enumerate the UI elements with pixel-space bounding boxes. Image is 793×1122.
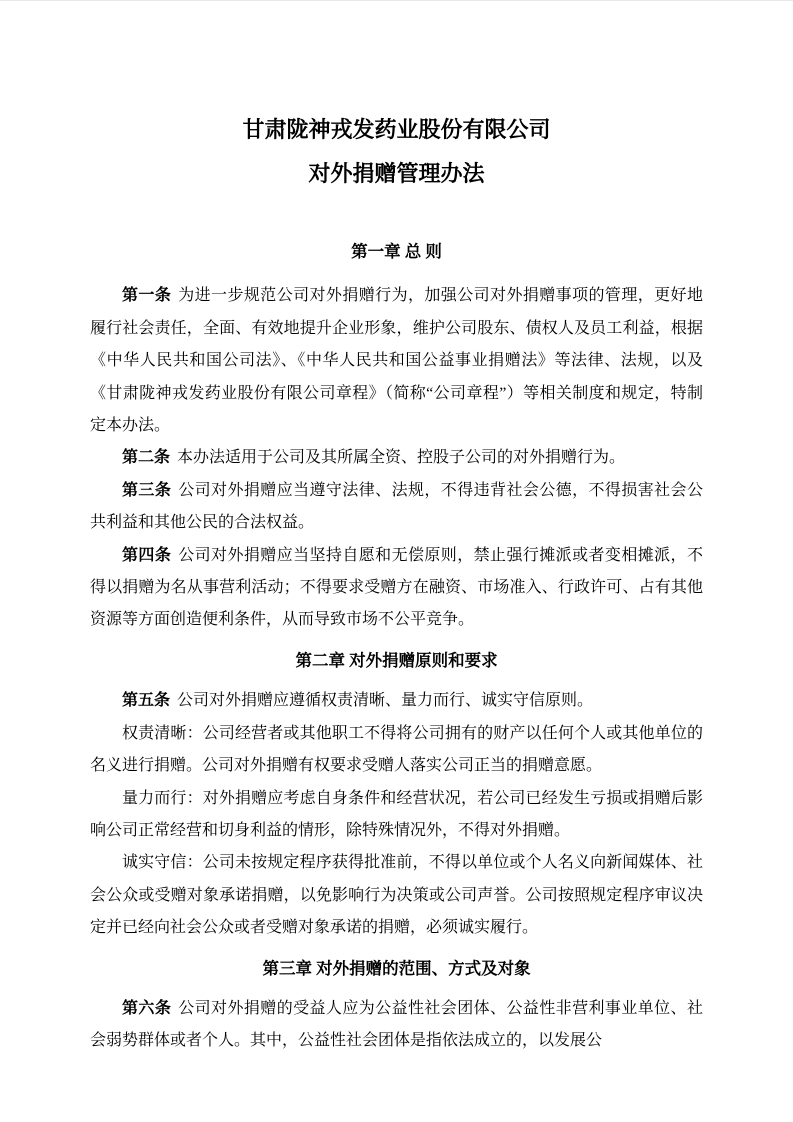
company-name: 甘肃陇神戎发药业股份有限公司 (90, 108, 703, 152)
document-title: 甘肃陇神戎发药业股份有限公司 对外捐赠管理办法 (90, 108, 703, 196)
article-number: 第五条 (122, 692, 170, 709)
paragraph-text: 为进一步规范公司对外捐赠行为，加强公司对外捐赠事项的管理，更好地履行社会责任，全… (90, 287, 703, 434)
article-number: 第一条 (122, 287, 171, 304)
body-paragraph: 第一条为进一步规范公司对外捐赠行为，加强公司对外捐赠事项的管理，更好地履行社会责… (90, 280, 703, 442)
paragraph-text: 公司对外捐赠的受益人应为公益性社会团体、公益性非营利事业单位、社会弱势群体或者个… (90, 1000, 703, 1049)
body-paragraph: 诚实守信：公司未按规定程序获得批准前，不得以单位或个人名义向新闻媒体、社会公众或… (90, 847, 703, 944)
body-paragraph: 第二条本办法适用于公司及其所属全资、控股子公司的对外捐赠行为。 (90, 442, 703, 474)
paragraph-text: 公司对外捐赠应遵循权责清晰、量力而行、诚实守信原则。 (177, 692, 593, 709)
paragraph-text: 诚实守信：公司未按规定程序获得批准前，不得以单位或个人名义向新闻媒体、社会公众或… (90, 854, 703, 936)
paragraph-text: 权责清晰：公司经营者或其他职工不得将公司拥有的财产以任何个人或其他单位的名义进行… (90, 725, 703, 774)
chapter-heading: 第二章 对外捐赠原则和要求 (90, 645, 703, 677)
body-paragraph: 第三条公司对外捐赠应当遵守法律、法规，不得违背社会公德，不得损害社会公共利益和其… (90, 475, 703, 540)
body-paragraph: 第六条公司对外捐赠的受益人应为公益性社会团体、公益性非营利事业单位、社会弱势群体… (90, 993, 703, 1058)
chapter-heading: 第三章 对外捐赠的范围、方式及对象 (90, 953, 703, 985)
article-number: 第二条 (122, 449, 170, 466)
paragraph-text: 本办法适用于公司及其所属全资、控股子公司的对外捐赠行为。 (177, 449, 625, 466)
chapter-heading: 第一章 总 则 (90, 236, 703, 268)
body-paragraph: 第四条公司对外捐赠应当坚持自愿和无偿原则，禁止强行摊派或者变相摊派，不得以捐赠为… (90, 540, 703, 637)
document-body: 第一章 总 则第一条为进一步规范公司对外捐赠行为，加强公司对外捐赠事项的管理，更… (90, 236, 703, 1058)
article-number: 第六条 (122, 1000, 171, 1017)
body-paragraph: 第五条公司对外捐赠应遵循权责清晰、量力而行、诚实守信原则。 (90, 685, 703, 717)
article-number: 第三条 (122, 482, 171, 499)
document-page: 甘肃陇神戎发药业股份有限公司 对外捐赠管理办法 第一章 总 则第一条为进一步规范… (0, 0, 793, 1122)
body-paragraph: 权责清晰：公司经营者或其他职工不得将公司拥有的财产以任何个人或其他单位的名义进行… (90, 718, 703, 783)
paragraph-text: 公司对外捐赠应当坚持自愿和无偿原则，禁止强行摊派或者变相摊派，不得以捐赠为名从事… (90, 547, 703, 629)
body-paragraph: 量力而行：对外捐赠应考虑自身条件和经营状况，若公司已经发生亏损或捐赠后影响公司正… (90, 783, 703, 848)
article-number: 第四条 (122, 547, 171, 564)
paragraph-text: 量力而行：对外捐赠应考虑自身条件和经营状况，若公司已经发生亏损或捐赠后影响公司正… (90, 790, 703, 839)
paragraph-text: 公司对外捐赠应当遵守法律、法规，不得违背社会公德，不得损害社会公共利益和其他公民… (90, 482, 703, 531)
document-subtitle: 对外捐赠管理办法 (90, 152, 703, 196)
